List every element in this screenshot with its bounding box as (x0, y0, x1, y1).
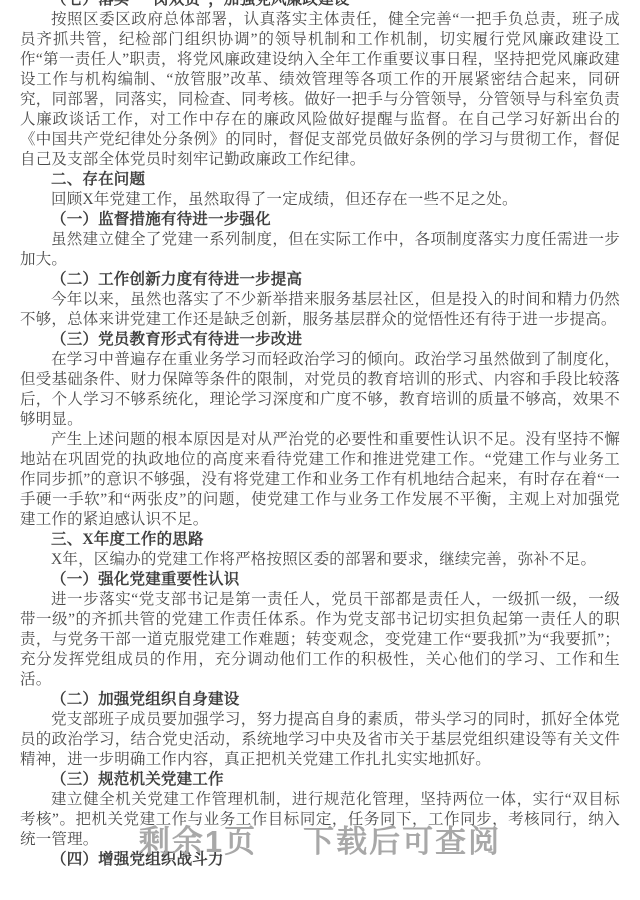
section-heading: （七）落实“一岗双责”，加强党风廉政建设 (20, 0, 620, 10)
download-hint-label: 下载后可查阅 (303, 822, 501, 862)
paragraph: 产生上述问题的根本原因是对从严治党的必要性和重要性认识不足。没有坚持不懈地站在巩… (20, 430, 620, 530)
download-prompt-banner[interactable]: 剩余1页下载后可查阅 (0, 822, 640, 862)
section-heading: （三）规范机关党建工作 (20, 770, 620, 790)
section-heading: （二）加强党组织自身建设 (20, 690, 620, 710)
document-page: （七）落实“一岗双责”，加强党风廉政建设按照区委区政府总体部署，认真落实主体责任… (0, 0, 640, 900)
paragraph: 进一步落实“党支部书记是第一责任人，党员干部都是责任人，一级抓一级，一级带一级”… (20, 590, 620, 690)
paragraph: 回顾X年党建工作，虽然取得了一定成绩，但还存在一些不足之处。 (20, 190, 620, 210)
section-heading: （三）党员教育形式有待进一步改进 (20, 330, 620, 350)
paragraph: 虽然建立健全了党建一系列制度，但在实际工作中，各项制度落实力度任需进一步加大。 (20, 230, 620, 270)
remaining-pages-label: 剩余1页 (139, 822, 257, 862)
paragraph: X年，区编办的党建工作将严格按照区委的部署和要求，继续完善，弥补不足。 (20, 550, 620, 570)
section-heading: 三、X年度工作的思路 (20, 530, 620, 550)
paragraph: 在学习中普遍存在重业务学习而轻政治学习的倾向。政治学习虽然做到了制度化，但受基础… (20, 350, 620, 430)
paragraph: 按照区委区政府总体部署，认真落实主体责任，健全完善“一把手负总责，班子成员齐抓共… (20, 10, 620, 170)
section-heading: （一）强化党建重要性认识 (20, 570, 620, 590)
section-heading: （二）工作创新力度有待进一步提高 (20, 270, 620, 290)
section-heading: 二、存在问题 (20, 170, 620, 190)
document-body: （七）落实“一岗双责”，加强党风廉政建设按照区委区政府总体部署，认真落实主体责任… (0, 0, 640, 870)
paragraph: 今年以来，虽然也落实了不少新举措来服务基层社区，但是投入的时间和精力仍然不够，总… (20, 290, 620, 330)
section-heading: （一）监督措施有待进一步强化 (20, 210, 620, 230)
paragraph: 党支部班子成员要加强学习，努力提高自身的素质，带头学习的同时，抓好全体党员的政治… (20, 710, 620, 770)
